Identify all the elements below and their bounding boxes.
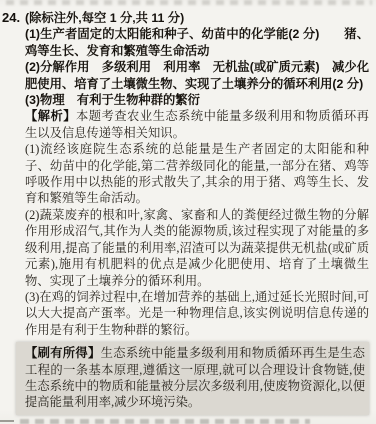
answer-line-3: (3)物理 有利于生物种群的繁衍 bbox=[25, 92, 369, 108]
analysis-paragraph-1: (1)流经该庭院生态系统的总能量是生产者固定的太阳能和种子、幼苗中的化学能,第二… bbox=[25, 141, 369, 207]
score-note: (除标注外,每空 1 分,共 11 分) bbox=[25, 10, 369, 26]
question-number: 24. bbox=[2, 10, 20, 26]
question-24-block: 24. (除标注外,每空 1 分,共 11 分) (1)生产者固定的太阳能和种子… bbox=[2, 10, 372, 415]
analysis-intro-text: 本题考查农业生态系统中能量多级利用和物质循环再生以及信息传递等相关知识。 bbox=[25, 109, 369, 139]
question-content: (除标注外,每空 1 分,共 11 分) (1)生产者固定的太阳能和种子、幼苗中… bbox=[25, 10, 369, 415]
analysis-paragraph-3: (3)在鸡的饲养过程中,在增加营养的基础上,通过延长光照时间,可以大大提高产蛋率… bbox=[25, 289, 369, 338]
next-line-scan-artifact bbox=[20, 419, 310, 424]
scan-corner-mark bbox=[0, 420, 14, 422]
takeaway-box: 【刷有所得】生态系统中能量多级利用和物质循环再生是生态工程的一条基本原理,遵循这… bbox=[16, 342, 369, 415]
analysis-paragraph-2: (2)蔬菜废弃的根和叶,家禽、家畜和人的粪便经过微生物的分解作用形成沼气,其作为… bbox=[25, 207, 369, 289]
answer-key-page: 24. (除标注外,每空 1 分,共 11 分) (1)生产者固定的太阳能和种子… bbox=[0, 0, 376, 424]
answer-line-2: (2)分解作用 多级利用 利用率 无机盐(或矿质元素) 减少化肥使用、培育了土壤… bbox=[25, 59, 369, 92]
answer-line-1: (1)生产者固定的太阳能和种子、幼苗中的化学能(2 分) 猪、鸡等生长、发育和繁… bbox=[25, 26, 369, 59]
analysis-label: 【解析】 bbox=[25, 109, 76, 123]
previous-line-scan-artifact bbox=[6, 0, 372, 5]
takeaway-label: 【刷有所得】 bbox=[25, 346, 101, 360]
analysis-intro: 【解析】本题考查农业生态系统中能量多级利用和物质循环再生以及信息传递等相关知识。 bbox=[25, 108, 369, 141]
